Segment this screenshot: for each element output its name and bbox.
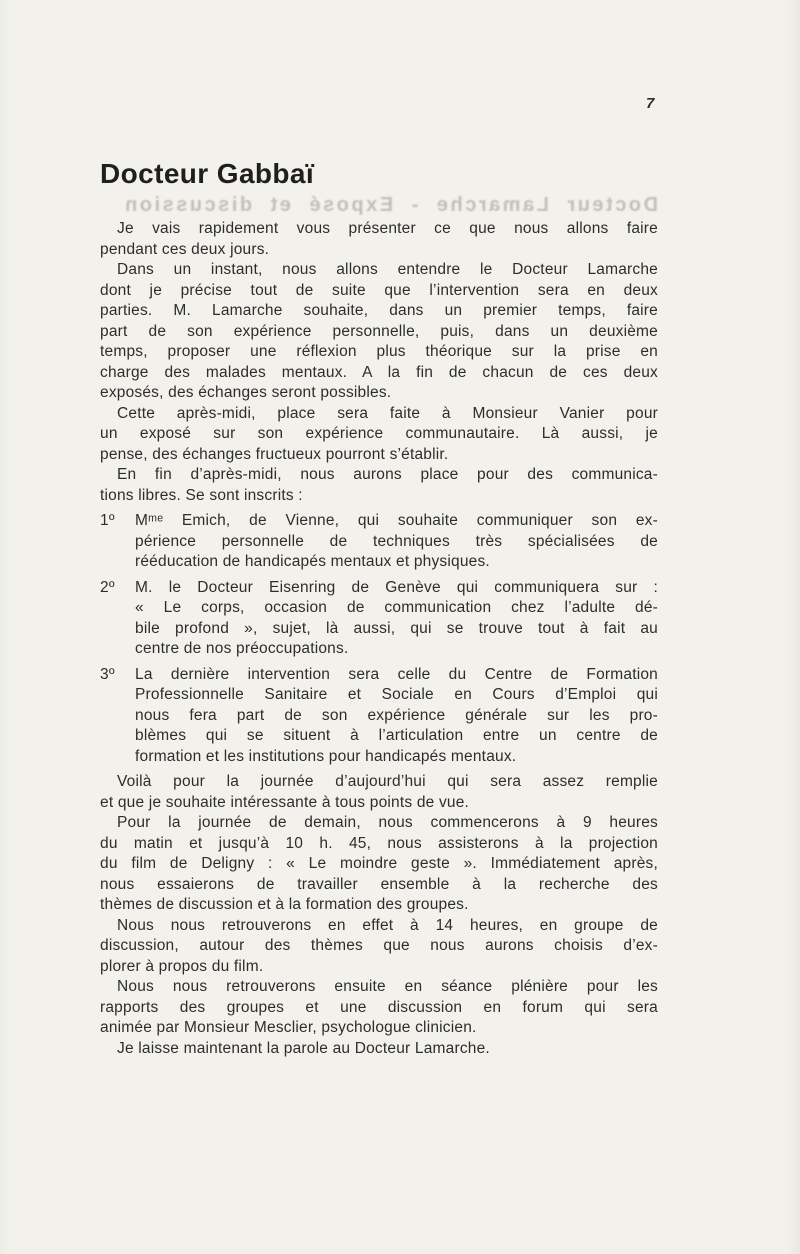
text-line: Mᵐᵉ Emich, de Vienne, qui souhaite commu… [135,511,658,532]
text-line: La dernière intervention sera celle du C… [135,665,658,686]
text-line: M. le Docteur Eisenring de Genève qui co… [135,578,658,599]
text-line: Pour la journée de demain, nous commence… [100,813,658,834]
text-line: bile profond », sujet, là aussi, qui se … [135,619,658,640]
text-line: centre de nos préoccupations. [135,639,658,660]
text-line: pendant ces deux jours. [100,240,658,261]
text-line: Nous nous retrouverons en effet à 14 heu… [100,916,658,937]
text-line: Je laisse maintenant la parole au Docteu… [100,1039,658,1060]
text-line: rapports des groupes et une discussion e… [100,998,658,1019]
document-page: 7 Docteur Gabbaï Docteur Lamarche - Expo… [0,0,800,1254]
paragraph: Nous nous retrouverons en effet à 14 heu… [100,916,658,978]
paragraph: En fin d’après-midi, nous aurons place p… [100,465,658,506]
paragraph: Je laisse maintenant la parole au Docteu… [100,1039,658,1060]
text-line: animée par Monsieur Mesclier, psychologu… [100,1018,658,1039]
paragraph: Pour la journée de demain, nous commence… [100,813,658,916]
text-line: Nous nous retrouverons ensuite en séance… [100,977,658,998]
text-line: parties. M. Lamarche souhaite, dans un p… [100,301,658,322]
paragraph: Voilà pour la journée d’aujourd’hui qui … [100,772,658,813]
text-line: discussion, autour des thèmes que nous a… [100,936,658,957]
text-line: En fin d’après-midi, nous aurons place p… [100,465,658,486]
paragraph: Nous nous retrouverons ensuite en séance… [100,977,658,1039]
paragraph: Cette après-midi, place sera faite à Mon… [100,404,658,466]
text-line: Cette après-midi, place sera faite à Mon… [100,404,658,425]
text-line: « Le corps, occasion de communication ch… [135,598,658,619]
text-line: nous essaierons de travailler ensemble à… [100,875,658,896]
text-line: un exposé sur son expérience communautai… [100,424,658,445]
body-text: Je vais rapidement vous présenter ce que… [100,219,658,1059]
list-marker: 3º [100,665,115,686]
text-line: blèmes qui se situent à l’articulation e… [135,726,658,747]
text-line: formation et les institutions pour handi… [135,747,658,768]
text-line: Voilà pour la journée d’aujourd’hui qui … [100,772,658,793]
text-line: temps, proposer une réflexion plus théor… [100,342,658,363]
page-title: Docteur Gabbaï [100,158,314,190]
paragraph: Dans un instant, nous allons entendre le… [100,260,658,404]
text-line: nous fera part de son expérience général… [135,706,658,727]
text-line: et que je souhaite intéressante à tous p… [100,793,658,814]
list-marker: 2º [100,578,115,599]
text-line: exposés, des échanges seront possibles. [100,383,658,404]
text-line: du matin et jusqu’à 10 h. 45, nous assis… [100,834,658,855]
list-marker: 1º [100,511,115,532]
text-line: du film de Deligny : « Le moindre geste … [100,854,658,875]
text-line: dont je précise tout de suite que l’inte… [100,281,658,302]
text-line: périence personnelle de techniques très … [135,532,658,553]
text-line: charge des malades mentaux. A la fin de … [100,363,658,384]
list-item: 3ºLa dernière intervention sera celle du… [100,665,658,768]
text-line: Dans un instant, nous allons entendre le… [100,260,658,281]
text-line: pense, des échanges fructueux pourront s… [100,445,658,466]
text-line: thèmes de discussion et à la formation d… [100,895,658,916]
paragraph: Je vais rapidement vous présenter ce que… [100,219,658,260]
bleed-through-text: Docteur Lamarche - Exposé et discussion [100,194,658,216]
text-line: rééducation de handicapés mentaux et phy… [135,552,658,573]
text-line: Je vais rapidement vous présenter ce que… [100,219,658,240]
text-line: plorer à propos du film. [100,957,658,978]
list-item: 1ºMᵐᵉ Emich, de Vienne, qui souhaite com… [100,511,658,573]
text-line: Professionnelle Sanitaire et Sociale en … [135,685,658,706]
text-line: part de son expérience personnelle, puis… [100,322,658,343]
list-item: 2ºM. le Docteur Eisenring de Genève qui … [100,578,658,660]
text-line: tions libres. Se sont inscrits : [100,486,658,507]
page-number: 7 [646,95,654,112]
